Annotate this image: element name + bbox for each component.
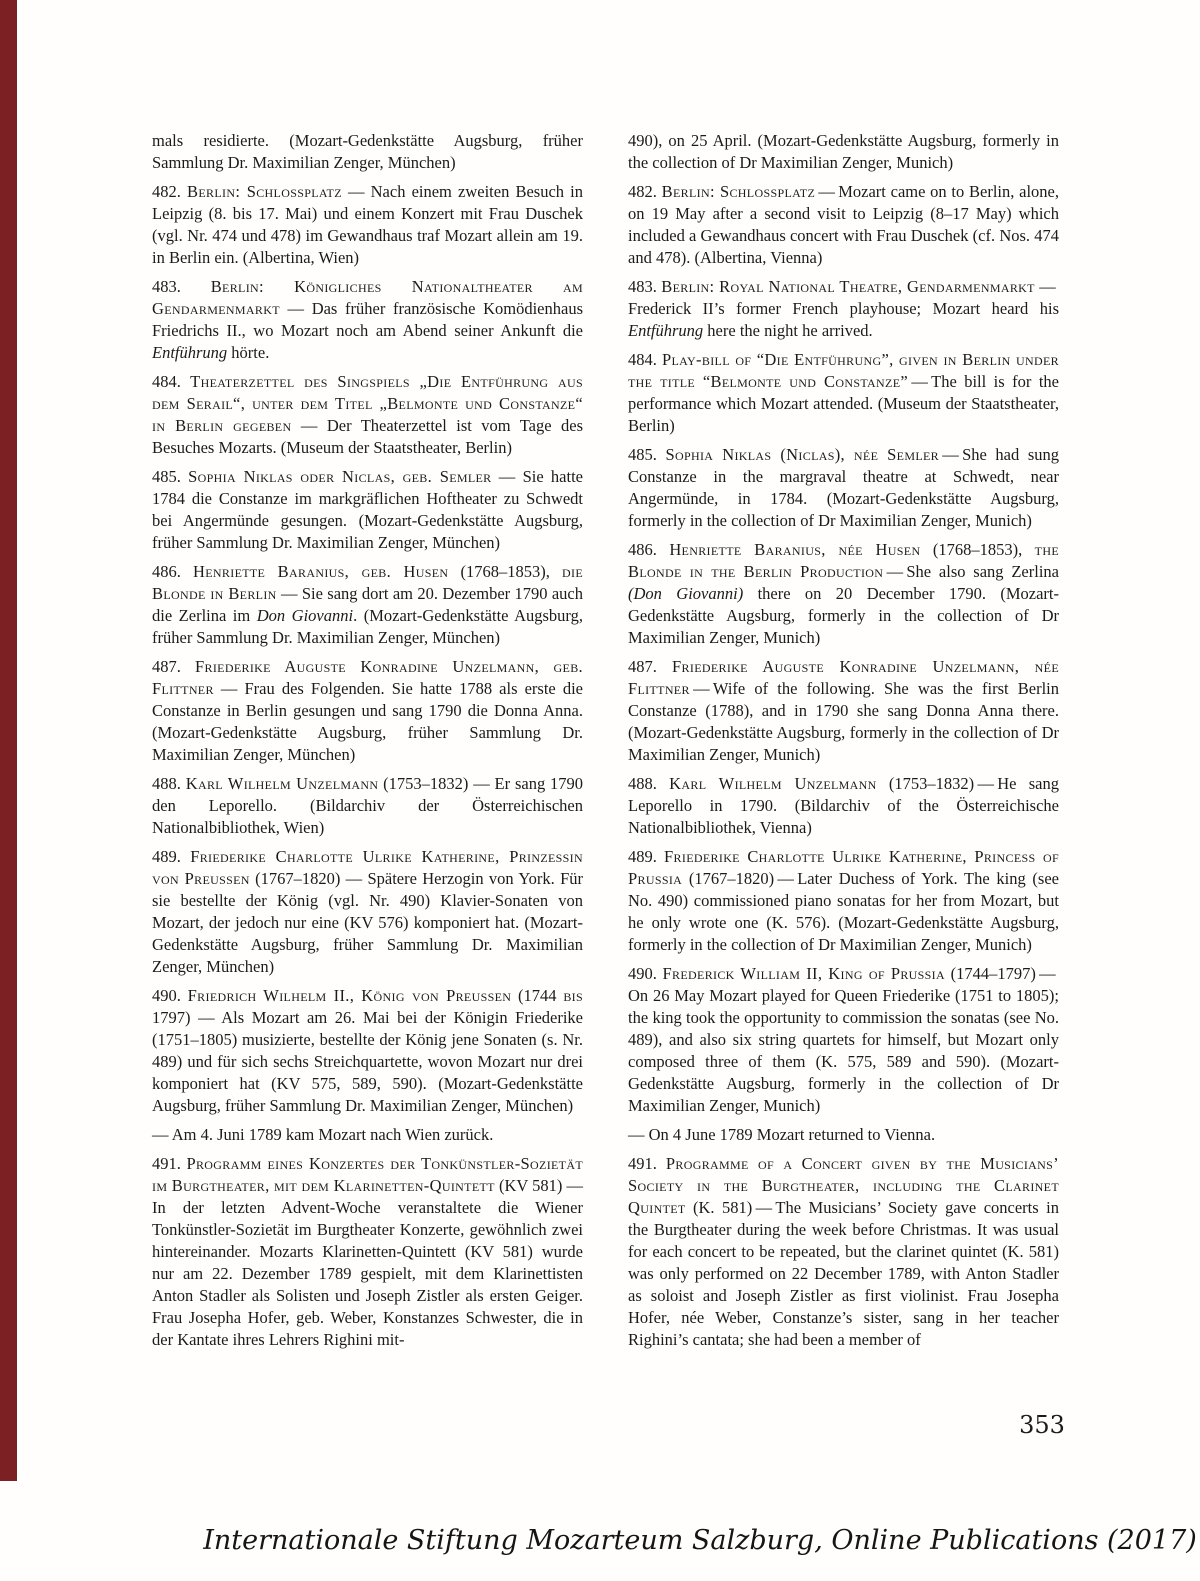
italic-run: Don Giovanni xyxy=(257,606,353,625)
document-page: mals residierte. (Mozart-Gedenkstätte Au… xyxy=(0,0,1200,1581)
small-caps-run: Henriette Baranius, geb. Husen xyxy=(193,562,448,581)
small-caps-run: Berlin: Schlossplatz xyxy=(662,182,815,201)
small-caps-run: Berlin: Royal National Theatre, Gendarme… xyxy=(661,277,1035,296)
entry-491-en: 491. Programme of a Concert given by the… xyxy=(628,1153,1059,1351)
small-caps-run: Sophia Niklas oder Niclas, geb. Semler xyxy=(188,467,491,486)
entry-490-en: 490. Frederick William II, King of Pruss… xyxy=(628,963,1059,1117)
entry-485-en: 485. Sophia Niklas (Niclas), née Semler … xyxy=(628,444,1059,532)
entry-485-de: 485. Sophia Niklas oder Niclas, geb. Sem… xyxy=(152,466,583,554)
small-caps-run: Friederike Auguste Konradine Unzelmann, … xyxy=(628,657,1059,698)
small-caps-run: Friederike Charlotte Ulrike Katherine, P… xyxy=(152,847,583,888)
entry-491-de: 491. Programm eines Konzertes der Tonkün… xyxy=(152,1153,583,1351)
entry-486-en: 486. Henriette Baranius, née Husen (1768… xyxy=(628,539,1059,649)
small-caps-run: Karl Wilhelm Unzelmann xyxy=(669,774,877,793)
publication-footer: Internationale Stiftung Mozarteum Salzbu… xyxy=(203,1524,1197,1558)
small-caps-run: Programme of a Concert given by the Musi… xyxy=(628,1154,1059,1217)
entry-484-en: 484. Play-bill of “Die Entführung”, give… xyxy=(628,349,1059,437)
english-text-column: 490), on 25 April. (Mozart-Gedenkstätte … xyxy=(628,130,1059,1351)
entry-490-de: 490. Friedrich Wilhelm II., König von Pr… xyxy=(152,985,583,1117)
page-number: 353 xyxy=(1019,1410,1065,1440)
entry-486-de: 486. Henriette Baranius, geb. Husen (176… xyxy=(152,561,583,649)
small-caps-run: Programm eines Konzertes der Tonkünstler… xyxy=(152,1154,583,1195)
entry-490-note-en: — On 4 June 1789 Mozart returned to Vien… xyxy=(628,1124,1059,1146)
book-spine-stripe xyxy=(0,0,17,1481)
small-caps-run: Friederike Charlotte Ulrike Katherine, P… xyxy=(628,847,1059,888)
german-text-column: mals residierte. (Mozart-Gedenkstätte Au… xyxy=(152,130,583,1351)
entry-483-en: 483. Berlin: Royal National Theatre, Gen… xyxy=(628,276,1059,342)
small-caps-run: Henriette Baranius, née Husen xyxy=(669,540,920,559)
small-caps-run: Frederick William II, King of Prussia xyxy=(663,964,945,983)
entry-484-de: 484. Theaterzettel des Singspiels „Die E… xyxy=(152,371,583,459)
small-caps-run: Play-bill of “Die Entführung”, given in … xyxy=(628,350,1059,391)
entry-490-note-de: — Am 4. Juni 1789 kam Mozart nach Wien z… xyxy=(152,1124,583,1146)
entry-489-de: 489. Friederike Charlotte Ulrike Katheri… xyxy=(152,846,583,978)
small-caps-run: Berlin: Königliches Nationaltheater am G… xyxy=(152,277,583,318)
entry-482-de: 482. Berlin: Schlossplatz — Nach einem z… xyxy=(152,181,583,269)
entry-483-de: 483. Berlin: Königliches Nationaltheater… xyxy=(152,276,583,364)
small-caps-run: Theaterzettel des Singspiels „Die Entfüh… xyxy=(152,372,583,435)
small-caps-run: Berlin: Schlossplatz xyxy=(187,182,342,201)
small-caps-run: bis xyxy=(563,986,583,1005)
entry-488-en: 488. Karl Wilhelm Unzelmann (1753–1832) … xyxy=(628,773,1059,839)
small-caps-run: Sophia Niklas (Niclas), née Semler xyxy=(665,445,939,464)
entry-482-en: 482. Berlin: Schlossplatz — Mozart came … xyxy=(628,181,1059,269)
entry-489-en: 489. Friederike Charlotte Ulrike Katheri… xyxy=(628,846,1059,956)
entry-continuation-en: 490), on 25 April. (Mozart-Gedenkstätte … xyxy=(628,130,1059,174)
italic-run: Entführung xyxy=(628,321,703,340)
small-caps-run: Friederike Auguste Konradine Unzelmann, … xyxy=(152,657,583,698)
small-caps-run: Karl Wilhelm Unzelmann xyxy=(186,774,379,793)
entry-487-en: 487. Friederike Auguste Konradine Unzelm… xyxy=(628,656,1059,766)
entry-continuation-de: mals residierte. (Mozart-Gedenkstätte Au… xyxy=(152,130,583,174)
entry-488-de: 488. Karl Wilhelm Unzelmann (1753–1832) … xyxy=(152,773,583,839)
italic-run: (Don Giovanni) xyxy=(628,584,743,603)
small-caps-run: Friedrich Wilhelm II., König von Preusse… xyxy=(188,986,512,1005)
entry-487-de: 487. Friederike Auguste Konradine Unzelm… xyxy=(152,656,583,766)
italic-run: Entführung xyxy=(152,343,227,362)
